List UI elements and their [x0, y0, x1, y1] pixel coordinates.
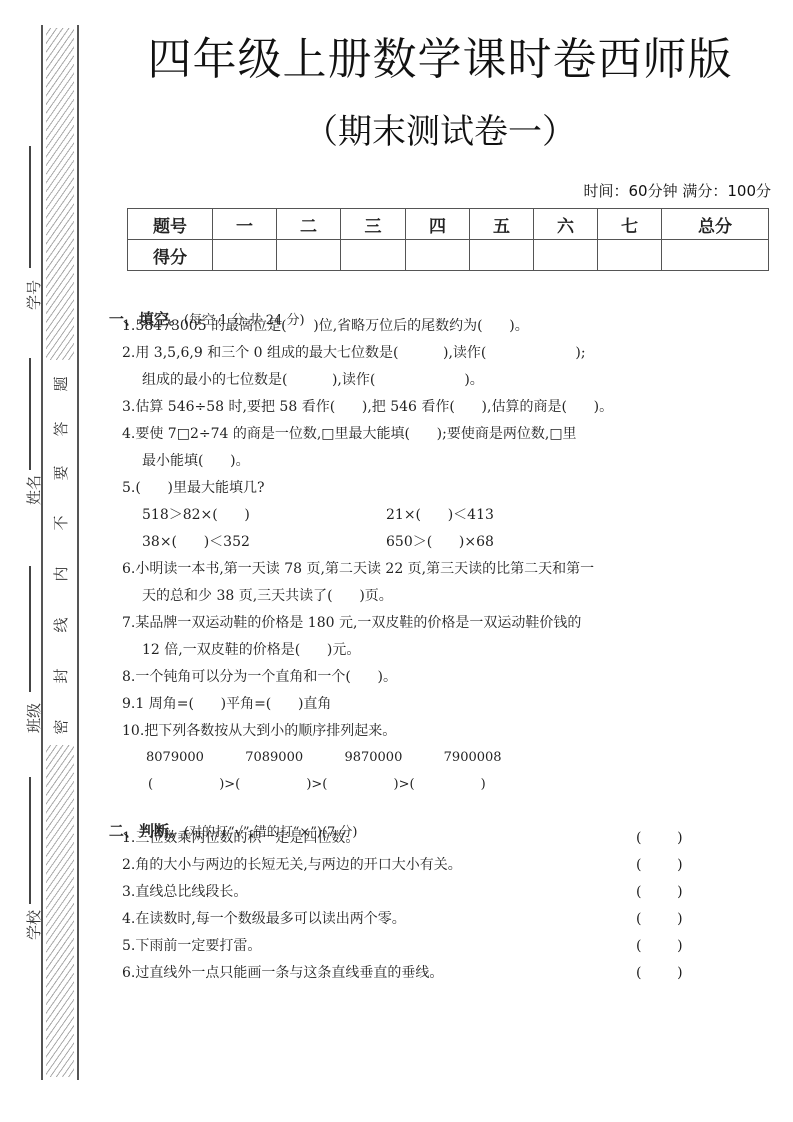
column-header: 总分 [662, 209, 769, 240]
column-header: 六 [534, 209, 598, 240]
question-line: 21×( )＜413 [386, 505, 494, 525]
question-line: 6.小明读一本书,第一天读 78 页,第二天读 22 页,第三天读的比第二天和第… [122, 559, 594, 579]
question-line: 2.用 3,5,6,9 和三个 0 组成的最大七位数是( ),读作( ); [122, 343, 586, 363]
hatch-top [46, 28, 74, 360]
row-header: 得分 [128, 240, 213, 271]
answer-box[interactable]: ( ) [636, 963, 683, 983]
score-table: 题号 一 二 三 四 五 六 七 总分 得分 [127, 208, 769, 271]
question-line: 650＞( )×68 [386, 532, 494, 552]
question-line: 4.要使 7□2÷74 的商是一位数,□里最大能填( );要使商是两位数,□里 [122, 424, 577, 444]
question-line: 最小能填( )。 [142, 451, 250, 471]
question-line: 1.58473005 的最高位是( )位,省略万位后的尾数约为( )。 [122, 316, 529, 336]
row-header: 题号 [128, 209, 213, 240]
answer-box[interactable]: ( ) [636, 882, 683, 902]
question-line: 组成的最小的七位数是( ),读作( )。 [142, 370, 484, 390]
seal-char: 封 [50, 665, 72, 687]
judge-item: 3.直线总比线段长。 [122, 882, 247, 902]
score-table-score-row: 得分 [128, 240, 769, 271]
answer-box[interactable]: ( ) [636, 828, 683, 848]
student-id-field[interactable] [29, 146, 31, 268]
judge-item: 4.在读数时,每一个数级最多可以读出两个零。 [122, 909, 406, 929]
score-cell[interactable] [470, 240, 534, 271]
seal-char: 内 [50, 563, 72, 585]
judge-item: 5.下雨前一定要打雷。 [122, 936, 261, 956]
question-line: 38×( )＜352 [142, 532, 250, 552]
student-name-field[interactable] [29, 358, 31, 470]
exam-meta: 时间：60分钟 满分：100分 [584, 180, 772, 201]
student-id-label: 学号 [24, 275, 44, 315]
answer-box[interactable]: ( ) [636, 909, 683, 929]
question-line: 8.一个钝角可以分为一个直角和一个( )。 [122, 667, 397, 687]
score-cell[interactable] [534, 240, 598, 271]
question-line: 12 倍,一双皮鞋的价格是( )元。 [142, 640, 360, 660]
seal-char: 线 [50, 614, 72, 636]
page-subtitle: （期末测试卷一） [100, 108, 780, 156]
score-cell[interactable] [277, 240, 341, 271]
question-line: 5.( )里最大能填几? [122, 478, 265, 498]
score-table-header-row: 题号 一 二 三 四 五 六 七 总分 [128, 209, 769, 240]
judge-item: 6.过直线外一点只能画一条与这条直线垂直的垂线。 [122, 963, 443, 983]
column-header: 四 [406, 209, 470, 240]
school-field[interactable] [29, 777, 31, 904]
column-header: 二 [277, 209, 341, 240]
score-cell[interactable] [598, 240, 662, 271]
student-name-label: 姓名 [24, 470, 44, 510]
judge-item: 2.角的大小与两边的长短无关,与两边的开口大小有关。 [122, 855, 462, 875]
seal-char: 题 [50, 373, 72, 395]
hatch-bottom [46, 745, 74, 1077]
score-cell[interactable] [213, 240, 277, 271]
question-line: 518＞82×( ) [142, 505, 250, 525]
seal-char: 不 [50, 512, 72, 534]
score-cell[interactable] [406, 240, 470, 271]
question-line: 7.某品牌一双运动鞋的价格是 180 元,一双皮鞋的价格是一双运动鞋价钱的 [122, 613, 581, 633]
seal-char: 答 [50, 418, 72, 440]
score-cell[interactable] [662, 240, 769, 271]
answer-box[interactable]: ( ) [636, 936, 683, 956]
column-header: 一 [213, 209, 277, 240]
question-line: 10.把下列各数按从大到小的顺序排列起来。 [122, 721, 396, 741]
class-label: 班级 [24, 698, 44, 738]
judge-item: 1.三位数乘两位数的积一定是四位数。 [122, 828, 359, 848]
question-line: 天的总和少 38 页,三天共读了( )页。 [142, 586, 393, 606]
page-title: 四年级上册数学课时卷西师版 [100, 30, 780, 90]
answer-box[interactable]: ( ) [636, 855, 683, 875]
margin-line-inner [77, 25, 79, 1080]
class-field[interactable] [29, 566, 31, 692]
question-line: 3.估算 546÷58 时,要把 58 看作( ),把 546 看作( ),估算… [122, 397, 613, 417]
ordering-blanks: ( )>( )>( )>( ) [148, 775, 486, 795]
school-label: 学校 [24, 905, 44, 945]
seal-char: 要 [50, 462, 72, 484]
column-header: 三 [341, 209, 406, 240]
question-line: 9.1 周角=( )平角=( )直角 [122, 694, 331, 714]
score-cell[interactable] [341, 240, 406, 271]
column-header: 五 [470, 209, 534, 240]
seal-char: 密 [50, 716, 72, 738]
column-header: 七 [598, 209, 662, 240]
number-list: 8079000 7089000 9870000 7900008 [146, 748, 502, 768]
